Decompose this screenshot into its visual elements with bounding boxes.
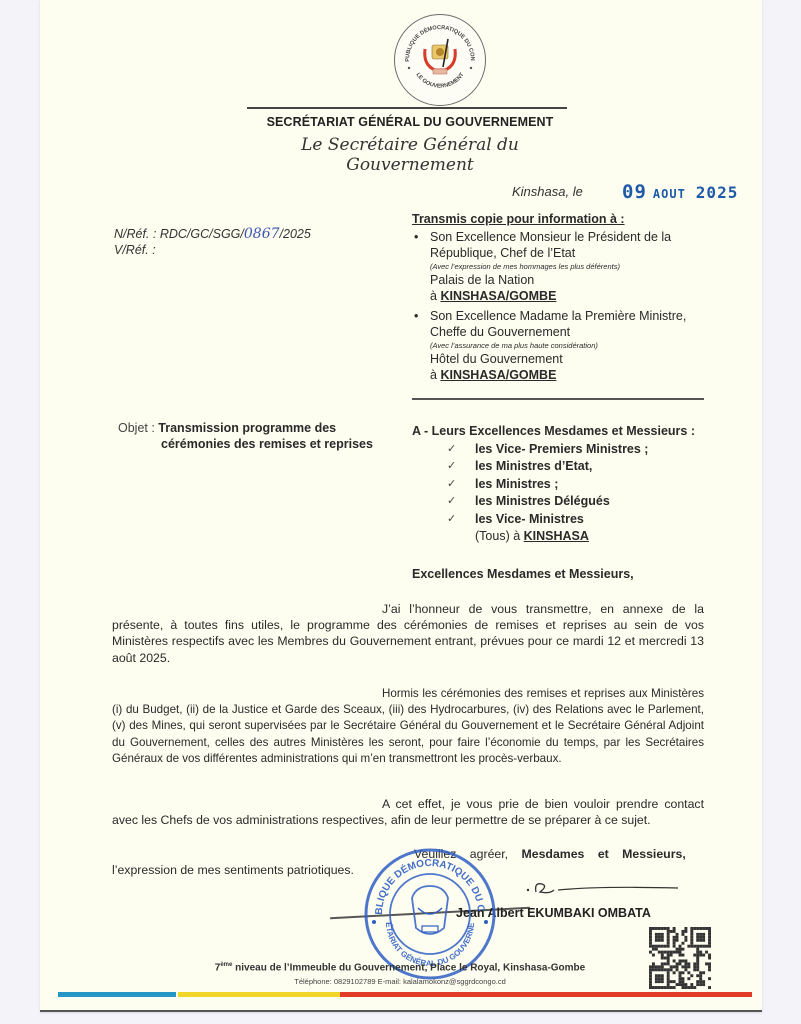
check-icon: ✓: [447, 476, 456, 494]
coat-of-arms-icon: RÉPUBLIQUE DÉMOCRATIQUE DU CONGO LE GOUV…: [395, 15, 485, 105]
your-reference: V/Réf. :: [114, 242, 311, 258]
copy-recipient: • Son Excellence Madame la Première Mini…: [412, 308, 732, 383]
svg-text:RÉPUBLIQUE DÉMOCRATIQUE DU CON: RÉPUBLIQUE DÉMOCRATIQUE DU CONGO: [360, 842, 486, 915]
check-icon: ✓: [447, 458, 456, 476]
government-seal: RÉPUBLIQUE DÉMOCRATIQUE DU CONGO LE GOUV…: [394, 14, 486, 106]
copy-city: KINSHASA/GOMBE: [440, 368, 556, 382]
official-stamp: RÉPUBLIQUE DÉMOCRATIQUE DU CONGO SECRÉTA…: [360, 842, 500, 982]
header-divider: [247, 107, 567, 109]
flag-stripe-yellow: [178, 992, 340, 997]
office-title: SECRÉTARIAT GÉNÉRAL DU GOUVERNEMENT: [240, 115, 580, 129]
our-reference: N/Réf. : RDC/GC/SGG/0867/2025: [114, 226, 311, 242]
recipient-item: ✓les Vice- Premiers Ministres ;: [412, 441, 695, 459]
bullet-icon: •: [414, 229, 418, 245]
check-icon: ✓: [447, 441, 456, 459]
copies-block: Transmis copie pour information à : • So…: [412, 212, 732, 385]
body-paragraph-1: J’ai l’honneur de vous transmettre, en a…: [112, 601, 704, 666]
check-icon: ✓: [447, 511, 456, 529]
subject-line-1: Transmission programme des: [158, 421, 336, 435]
footer-address: 7ème niveau de l’Immeuble du Gouvernemen…: [180, 962, 620, 973]
office-script-title: Le Secrétaire Général du Gouvernement: [240, 135, 580, 175]
subject-line-2: cérémonies des remises et reprises: [118, 436, 373, 452]
qr-code: [648, 927, 712, 989]
date-month: AOUT: [653, 187, 686, 201]
copy-note: (Avec l’expression de mes hommages les p…: [430, 261, 732, 272]
subject-label: Objet :: [118, 421, 158, 435]
dateline-city: Kinshasa, le: [512, 184, 583, 199]
recipients-title: A - Leurs Excellences Mesdames et Messie…: [412, 423, 695, 441]
date-stamp: 09AOUT2025: [622, 181, 738, 203]
recipients-block: A - Leurs Excellences Mesdames et Messie…: [412, 423, 695, 546]
recipients-location: (Tous) à KINSHASA: [412, 528, 695, 546]
flag-stripe-blue: [58, 992, 176, 997]
copies-divider: [412, 398, 704, 400]
flag-stripe-red: [340, 992, 752, 997]
date-year: 2025: [696, 183, 739, 202]
copy-city: KINSHASA/GOMBE: [440, 289, 556, 303]
copy-recipient: • Son Excellence Monsieur le Président d…: [412, 229, 732, 304]
handwritten-signature: [520, 876, 680, 900]
check-icon: ✓: [447, 493, 456, 511]
reference-block: N/Réf. : RDC/GC/SGG/0867/2025 V/Réf. :: [114, 226, 311, 258]
subject-block: Objet : Transmission programme des cérém…: [118, 420, 373, 452]
reference-number-handwritten: 0867: [244, 226, 280, 242]
recipient-item: ✓les Ministres d’Etat,: [412, 458, 695, 476]
bullet-icon: •: [414, 308, 418, 324]
date-day: 09: [622, 181, 647, 203]
recipient-item: ✓les Ministres ;: [412, 476, 695, 494]
salutation: Excellences Mesdames et Messieurs,: [412, 567, 634, 581]
body-paragraph-3: A cet effet, je vous prie de bien vouloi…: [112, 796, 704, 828]
svg-text:LE GOUVERNEMENT: LE GOUVERNEMENT: [415, 72, 466, 90]
body-paragraph-2: Hormis les cérémonies des remises et rep…: [112, 686, 704, 767]
copies-title: Transmis copie pour information à :: [412, 212, 732, 226]
recipient-item: ✓les Ministres Délégués: [412, 493, 695, 511]
copy-note: (Avec l’assurance de ma plus haute consi…: [430, 340, 732, 351]
footer-contact: Téléphone: 0829102789 E-mail: kalalamoko…: [180, 977, 620, 986]
recipient-item: ✓les Vice- Ministres: [412, 511, 695, 529]
